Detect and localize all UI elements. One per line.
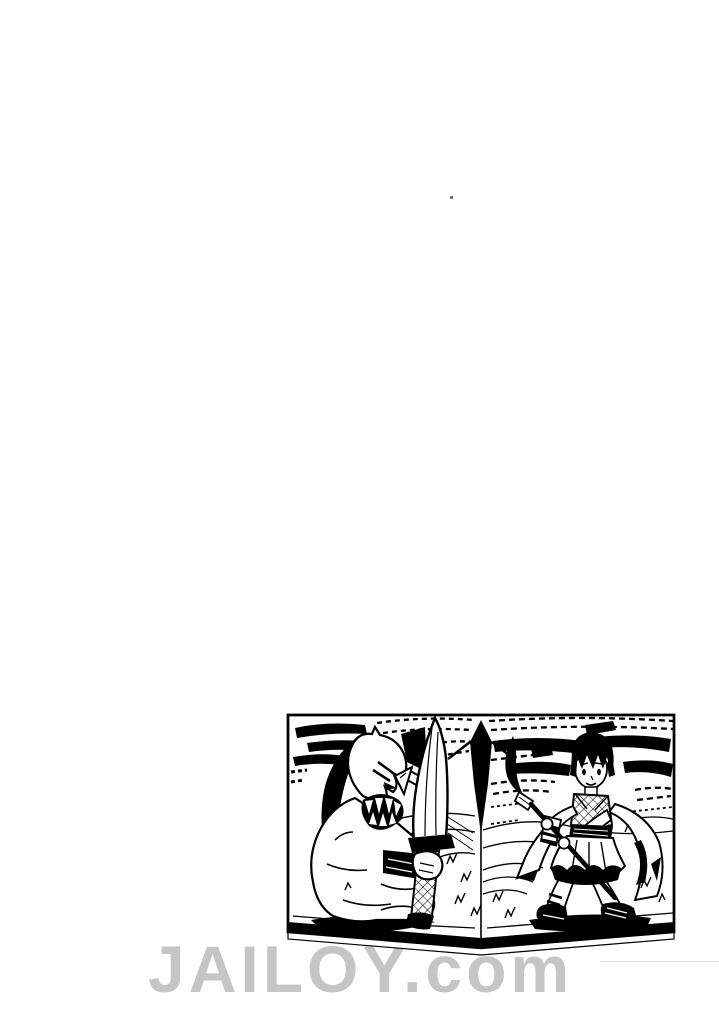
panel-illustration (285, 712, 677, 962)
manga-page: JAILOY.com (0, 0, 719, 1018)
boy-right-eye (597, 769, 601, 775)
boy-upper-hand (541, 818, 552, 829)
boy-lower-hand (558, 837, 569, 848)
boy-left-eye (582, 769, 586, 775)
scan-speck (450, 196, 453, 199)
